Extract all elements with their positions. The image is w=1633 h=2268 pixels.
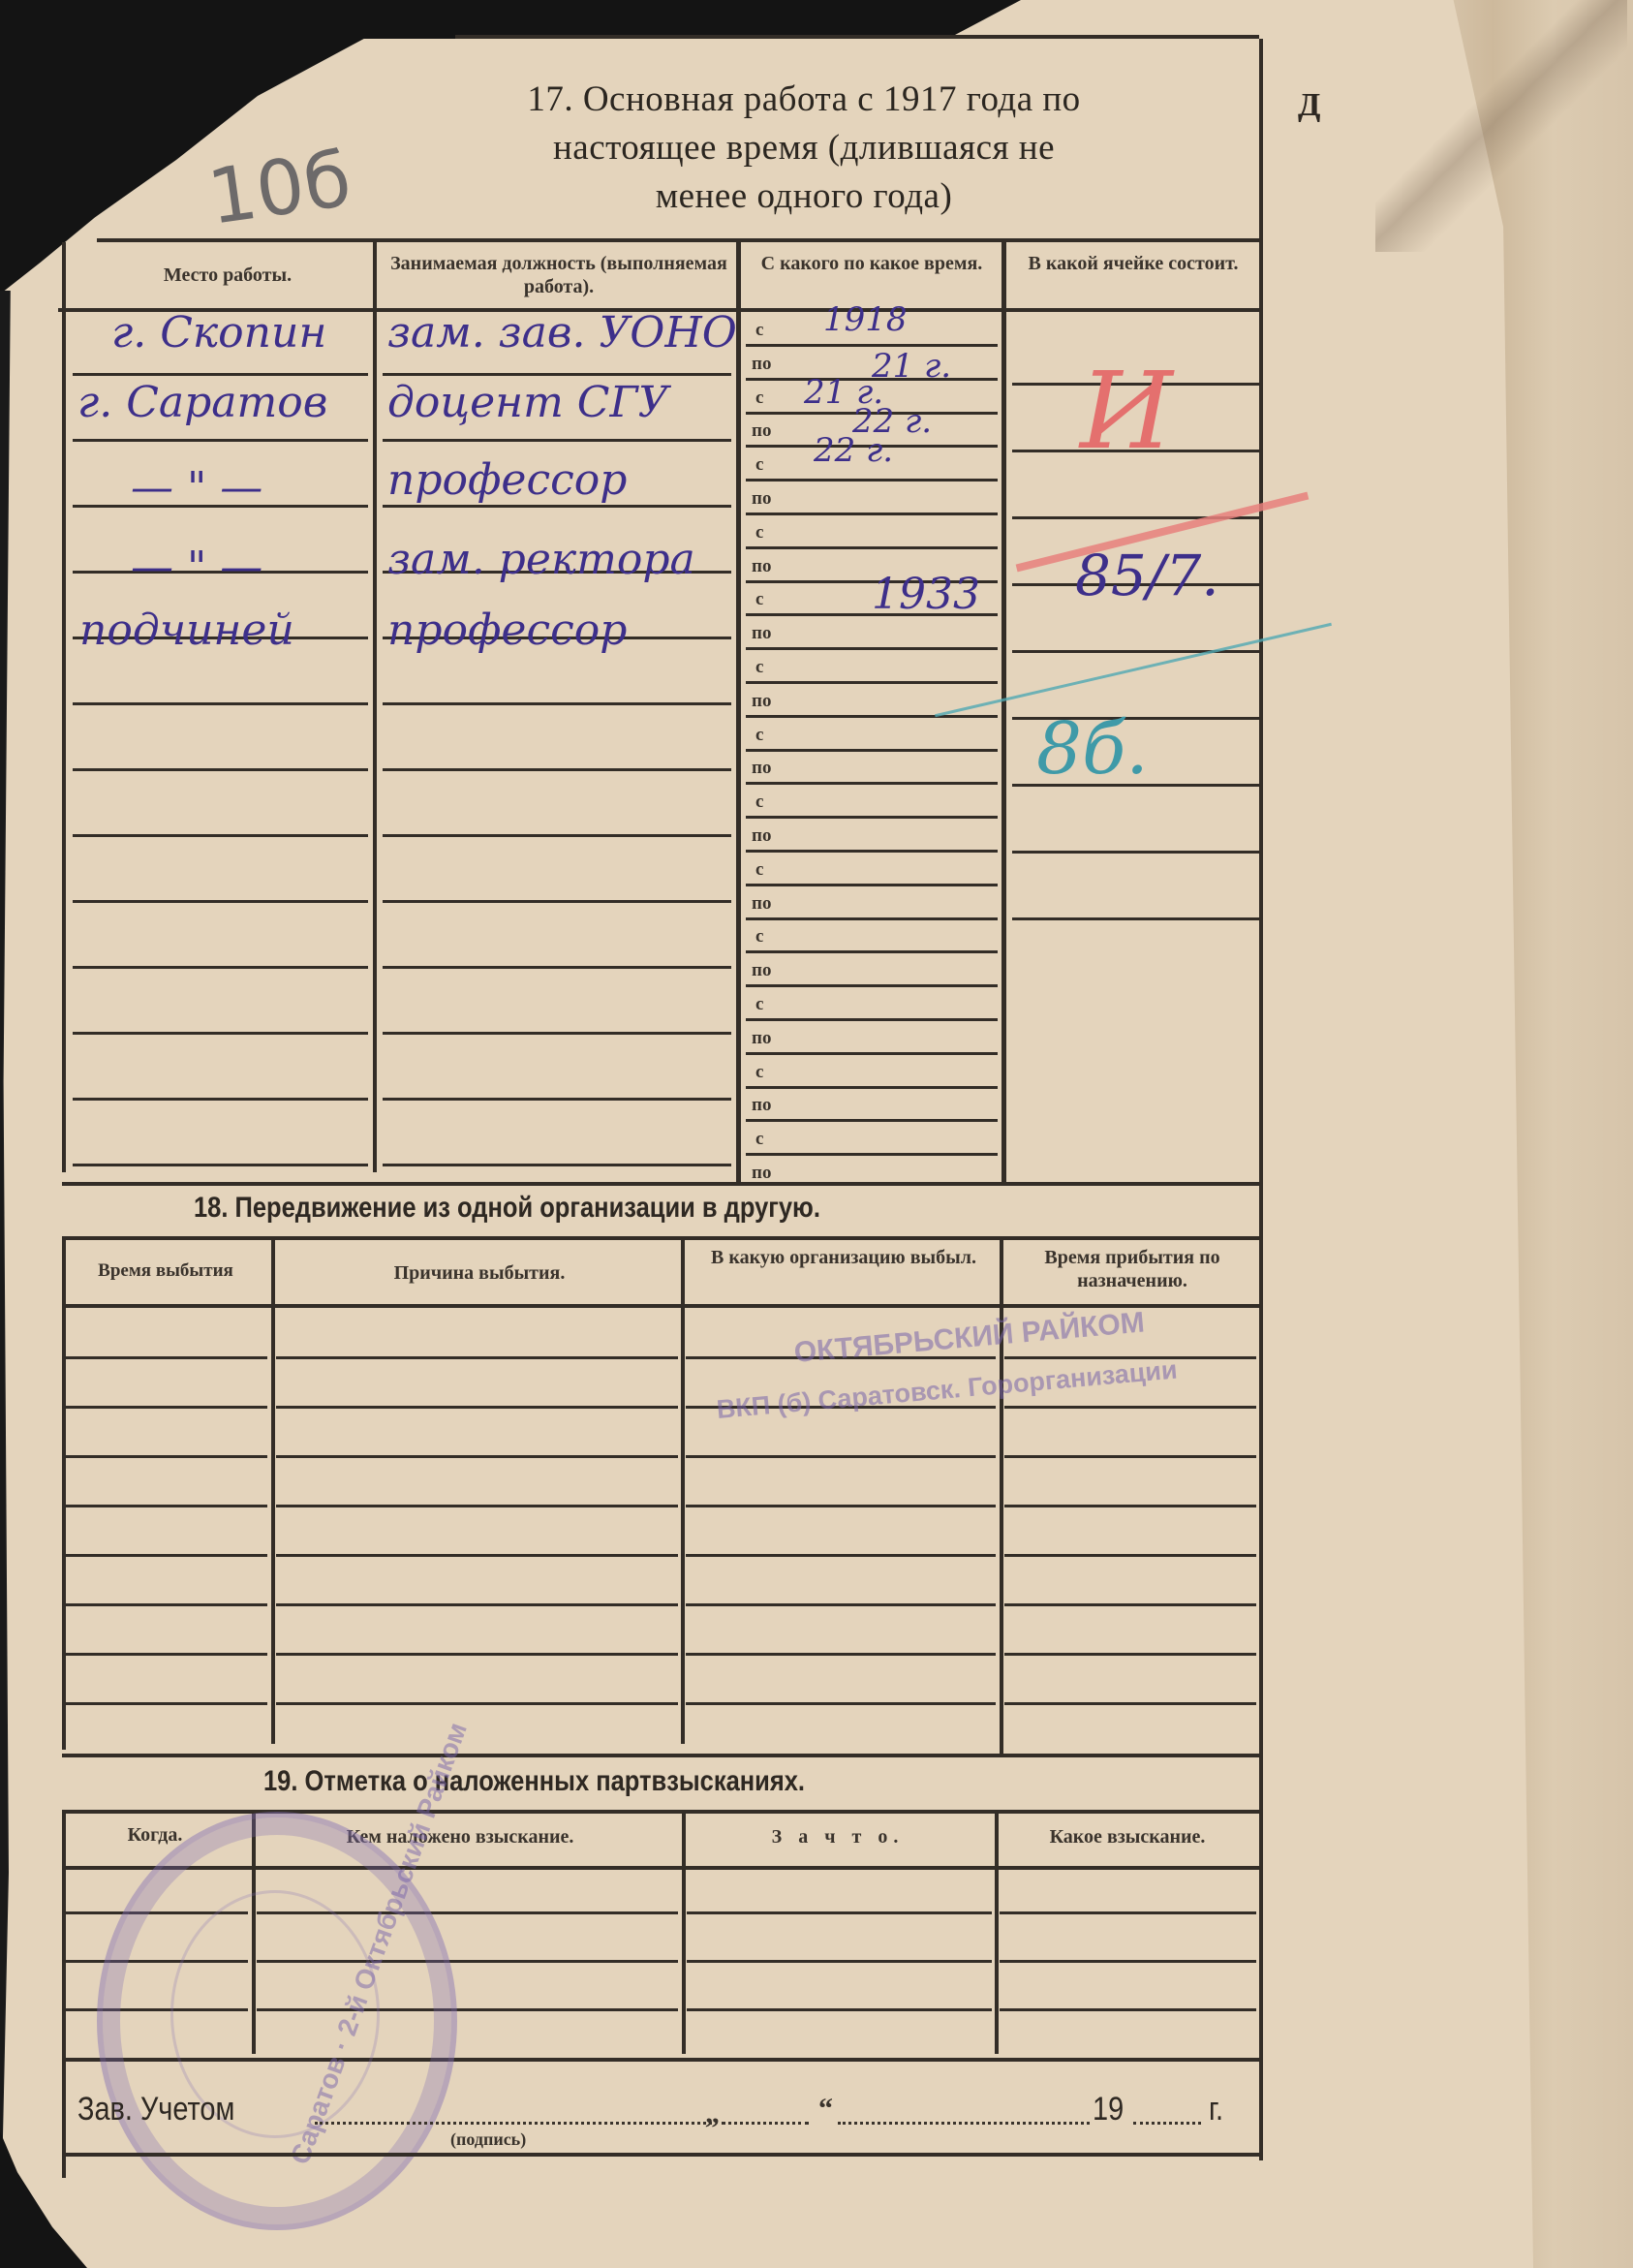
s19-divider-left <box>62 1810 66 2178</box>
date-from-label: с <box>755 522 763 544</box>
footer-label: Зав. Учетом <box>77 2091 234 2128</box>
row-rule-period <box>746 816 998 819</box>
row-rule-period <box>746 917 998 920</box>
row-rule-s18-c3 <box>686 1554 996 1557</box>
col-header-position: Занимаемая должность (выполняемая работа… <box>380 252 738 298</box>
year-prefix: 19 <box>1093 2091 1124 2128</box>
row-rule-cell <box>1012 851 1259 854</box>
date-from-label: с <box>755 589 763 610</box>
row-rule-period <box>746 850 998 853</box>
row-rule-period <box>746 1153 998 1156</box>
row-rule-s18-c3 <box>686 1455 996 1458</box>
row-rule-period <box>746 1119 998 1122</box>
col-divider-3 <box>1001 242 1006 1182</box>
year-line[interactable] <box>1133 2122 1201 2125</box>
row-rule-s18-c4 <box>1004 1455 1256 1458</box>
row-rule-s18-c4 <box>1004 1406 1256 1409</box>
section-18-header-bottom <box>62 1304 1259 1308</box>
row-rule-position <box>383 505 731 508</box>
row-rule-s18-c4 <box>1004 1554 1256 1557</box>
row5-position: профессор <box>387 606 627 655</box>
date-from-label: с <box>755 657 763 678</box>
row-rule-s18-c4 <box>1004 1603 1256 1606</box>
row-rule-s18-c2 <box>276 1653 678 1656</box>
quote-open: „ <box>705 2097 720 2130</box>
row-rule-position <box>383 1164 731 1166</box>
top-rule <box>455 35 1259 39</box>
row-rule-position <box>383 1032 731 1035</box>
row3-from: 22 г. <box>814 431 893 470</box>
row-rule-s18-c2 <box>276 1505 678 1507</box>
col-header-cell: В какой ячейке состоит. <box>1012 252 1254 275</box>
pencil-page-number: 10б <box>202 136 355 242</box>
date-to-label: по <box>752 893 771 915</box>
date-to-label: по <box>752 354 771 375</box>
col-header-destination: В какую организацию выбыл. <box>690 1246 998 1269</box>
row5-from: 1933 <box>872 570 980 619</box>
row1-from: 1918 <box>823 300 908 339</box>
date-to-label: по <box>752 1095 771 1116</box>
row-rule-period <box>746 715 998 718</box>
s19-divider-2 <box>682 1812 686 2054</box>
row-rule-period <box>746 647 998 650</box>
date-to-label: по <box>752 825 771 847</box>
row-rule-s18-c4 <box>1004 1505 1256 1507</box>
row-rule-s18-c3 <box>686 1505 996 1507</box>
section-19-header-top <box>62 1810 1259 1814</box>
col-header-place: Место работы. <box>87 264 368 287</box>
row4-position: зам. ректора <box>387 535 695 584</box>
day-line[interactable] <box>722 2122 809 2125</box>
row-rule-position <box>383 1098 731 1101</box>
row-rule-period <box>746 1052 998 1055</box>
footer-bottom-rule <box>62 2153 1259 2157</box>
row-rule-position <box>383 834 731 837</box>
row-rule-s19-c4 <box>1000 1960 1256 1963</box>
date-from-label: с <box>755 859 763 881</box>
teal-ink-mark: 8б. <box>1036 707 1149 791</box>
raikom-stamp-line-2: ВКП (б) Саратовск. Горорганизации <box>716 1354 1179 1424</box>
red-pencil-mark: И <box>1080 349 1173 473</box>
date-from-label: с <box>755 1129 763 1150</box>
row-rule-position <box>383 702 731 705</box>
date-from-label: с <box>755 388 763 409</box>
row3-position: профессор <box>387 455 627 505</box>
row-rule-period <box>746 681 998 684</box>
row-rule-s18-c1 <box>66 1554 267 1557</box>
row-rule-period <box>746 950 998 953</box>
row2-position: доцент СГУ <box>387 378 668 427</box>
row1-position: зам. зав. УОНО <box>387 308 737 357</box>
row-rule-s18-c2 <box>276 1455 678 1458</box>
row5-place: подчиней <box>79 606 294 655</box>
section-18-title: 18. Передвижение из одной организации в … <box>194 1192 820 1225</box>
row-rule-s18-c1 <box>66 1406 267 1409</box>
s18-divider-left <box>62 1236 66 1750</box>
row-rule-place <box>73 768 368 771</box>
s18-divider-3 <box>1000 1240 1003 1754</box>
row1-place: г. Скопин <box>111 308 326 357</box>
row-rule-position <box>383 439 731 442</box>
row-rule-period <box>746 513 998 515</box>
header-top-rule <box>97 238 1259 242</box>
s19-divider-3 <box>995 1812 999 2054</box>
col-header-period: С какого по какое время. <box>746 252 998 275</box>
row-rule-position <box>383 966 731 969</box>
row-rule-period <box>746 984 998 987</box>
col-divider-2 <box>736 242 741 1182</box>
year-suffix: г. <box>1209 2091 1223 2128</box>
row-rule-period <box>746 749 998 752</box>
blue-ink-number: 85/7. <box>1075 543 1219 608</box>
col-header-departure-reason: Причина выбытия. <box>281 1261 678 1285</box>
signature-caption: (подпись) <box>450 2129 526 2150</box>
row-rule-cell <box>1012 917 1259 920</box>
row1-to: 21 г. <box>872 347 951 386</box>
date-from-label: с <box>755 792 763 813</box>
date-from-label: с <box>755 1062 763 1083</box>
row-rule-s18-c1 <box>66 1356 267 1359</box>
date-to-label: по <box>752 623 771 644</box>
row-rule-s19-c3 <box>687 2008 992 2011</box>
row-rule-place <box>73 966 368 969</box>
row-rule-s18-c2 <box>276 1603 678 1606</box>
torn-edge-left <box>0 291 17 2268</box>
row4-place: — " — <box>131 543 262 592</box>
row-rule-s18-c4 <box>1004 1702 1256 1705</box>
right-border <box>1259 39 1263 2160</box>
date-to-label: по <box>752 691 771 712</box>
row-rule-s18-c2 <box>276 1406 678 1409</box>
row-rule-position <box>383 900 731 903</box>
date-to-label: по <box>752 1163 771 1184</box>
row-rule-position <box>383 768 731 771</box>
row-rule-s18-c3 <box>686 1603 996 1606</box>
col-divider-1 <box>373 242 377 1172</box>
date-to-label: по <box>752 556 771 577</box>
s18-divider-1 <box>271 1240 275 1744</box>
row-rule-period <box>746 546 998 549</box>
row-rule-s18-c2 <box>276 1702 678 1705</box>
row-rule-s18-c4 <box>1004 1653 1256 1656</box>
date-to-label: по <box>752 960 771 981</box>
date-to-label: по <box>752 1028 771 1049</box>
row-rule-place <box>73 834 368 837</box>
title-line-3: менее одного года) <box>407 172 1201 221</box>
folded-page-edge <box>1433 0 1633 2268</box>
section-19-title: 19. Отметка о наложенных партвзысканиях. <box>263 1765 805 1798</box>
signature-line[interactable] <box>315 2122 712 2125</box>
date-from-label: с <box>755 994 763 1015</box>
row-rule-s18-c1 <box>66 1455 267 1458</box>
title-line-2: настоящее время (длившаяся не <box>407 124 1201 172</box>
row-rule-s18-c1 <box>66 1702 267 1705</box>
month-line[interactable] <box>838 2122 1090 2125</box>
date-to-label: по <box>752 420 771 442</box>
section-17-title: 17. Основная работа с 1917 года по насто… <box>407 76 1201 221</box>
row-rule-period <box>746 884 998 886</box>
row-rule-s18-c3 <box>686 1702 996 1705</box>
row-rule-s18-c3 <box>686 1653 996 1656</box>
raikom-stamp-line-1: ОКТЯБРЬСКИЙ РАЙКОМ <box>793 1306 1147 1370</box>
row-rule-period <box>746 1086 998 1089</box>
row-rule-place <box>73 1098 368 1101</box>
row-rule-period <box>746 479 998 482</box>
col-header-arrival-time: Время прибытия по назначению. <box>1007 1246 1257 1292</box>
row-rule-place <box>73 702 368 705</box>
date-from-label: с <box>755 926 763 948</box>
section-18-bottom-rule <box>62 1754 1259 1757</box>
row-rule-place <box>73 373 368 376</box>
date-from-label: с <box>755 454 763 476</box>
row-rule-s19-c3 <box>687 1911 992 1914</box>
col-header-departure-time: Время выбытия <box>64 1259 267 1283</box>
row-rule-place <box>73 439 368 442</box>
row-rule-position <box>383 373 731 376</box>
row-rule-s18-c1 <box>66 1653 267 1656</box>
fold-shadow <box>1375 0 1627 252</box>
section-17-bottom-rule <box>62 1182 1259 1186</box>
title-line-1: 17. Основная работа с 1917 года по <box>407 76 1201 124</box>
col-header-penalty: Какое взыскание. <box>998 1825 1257 1849</box>
row-rule-s19-c4 <box>1000 2008 1256 2011</box>
row-rule-period <box>746 782 998 785</box>
row3-place: — " — <box>131 463 262 513</box>
col-header-reason: З а ч т о. <box>683 1825 993 1849</box>
row2-place: г. Саратов <box>77 378 327 427</box>
row-rule-s19-c4 <box>1000 1911 1256 1914</box>
section-18-header-top <box>62 1236 1259 1240</box>
quote-close: “ <box>818 2093 833 2126</box>
date-from-label: с <box>755 725 763 746</box>
teal-stroke <box>935 623 1332 717</box>
date-to-label: по <box>752 758 771 779</box>
s18-divider-2 <box>681 1240 685 1744</box>
row-rule-s18-c2 <box>276 1554 678 1557</box>
row-rule-s19-c3 <box>687 1960 992 1963</box>
date-to-label: по <box>752 488 771 510</box>
row-rule-place <box>73 1032 368 1035</box>
date-from-label: с <box>755 320 763 341</box>
row-rule-place <box>73 900 368 903</box>
row-rule-s18-c1 <box>66 1603 267 1606</box>
row-rule-s18-c2 <box>276 1356 678 1359</box>
row-rule-s18-c1 <box>66 1505 267 1507</box>
col-divider-left <box>62 242 66 1172</box>
row-rule-period <box>746 1018 998 1021</box>
row-rule-place <box>73 1164 368 1166</box>
cut-column-label: Д <box>1298 87 1320 124</box>
